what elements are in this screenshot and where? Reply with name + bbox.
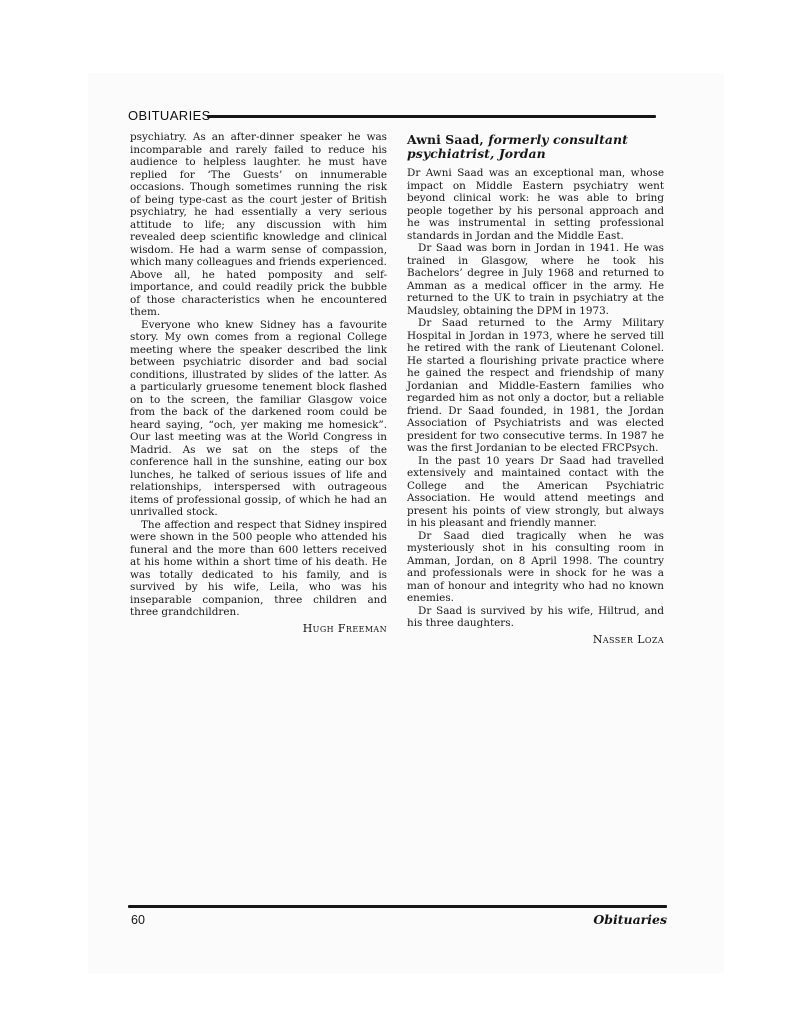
header-rule — [207, 115, 656, 118]
paragraph: Dr Saad returned to the Army Military Ho… — [407, 317, 664, 455]
paragraph: Dr Saad is survived by his wife, Hiltrud… — [407, 605, 664, 630]
journal-page: OBITUARIES psychiatry. As an after-dinne… — [0, 0, 800, 1036]
paragraph: Dr Saad was born in Jordan in 1941. He w… — [407, 242, 664, 317]
paragraph: In the past 10 years Dr Saad had travell… — [407, 455, 664, 530]
paragraph: Dr Awni Saad was an exceptional man, who… — [407, 167, 664, 242]
author-signature: Nasser Loza — [407, 634, 664, 647]
obituary-left-column: psychiatry. As an after-dinner speaker h… — [130, 131, 387, 635]
obituary-right-column: Awni Saad, formerly consultant psychiatr… — [407, 133, 664, 646]
paragraph: psychiatry. As an after-dinner speaker h… — [130, 131, 387, 319]
obituary-heading: Awni Saad, formerly consultant psychiatr… — [407, 133, 664, 160]
paragraph: Everyone who knew Sidney has a favourite… — [130, 319, 387, 519]
section-label: OBITUARIES — [128, 109, 211, 122]
page-number: 60 — [131, 913, 145, 927]
paragraph: The affection and respect that Sidney in… — [130, 519, 387, 619]
running-title: Obituaries — [593, 912, 667, 927]
footer-rule — [128, 905, 667, 908]
author-signature: Hugh Freeman — [130, 623, 387, 636]
paragraph: Dr Saad died tragically when he was myst… — [407, 530, 664, 605]
